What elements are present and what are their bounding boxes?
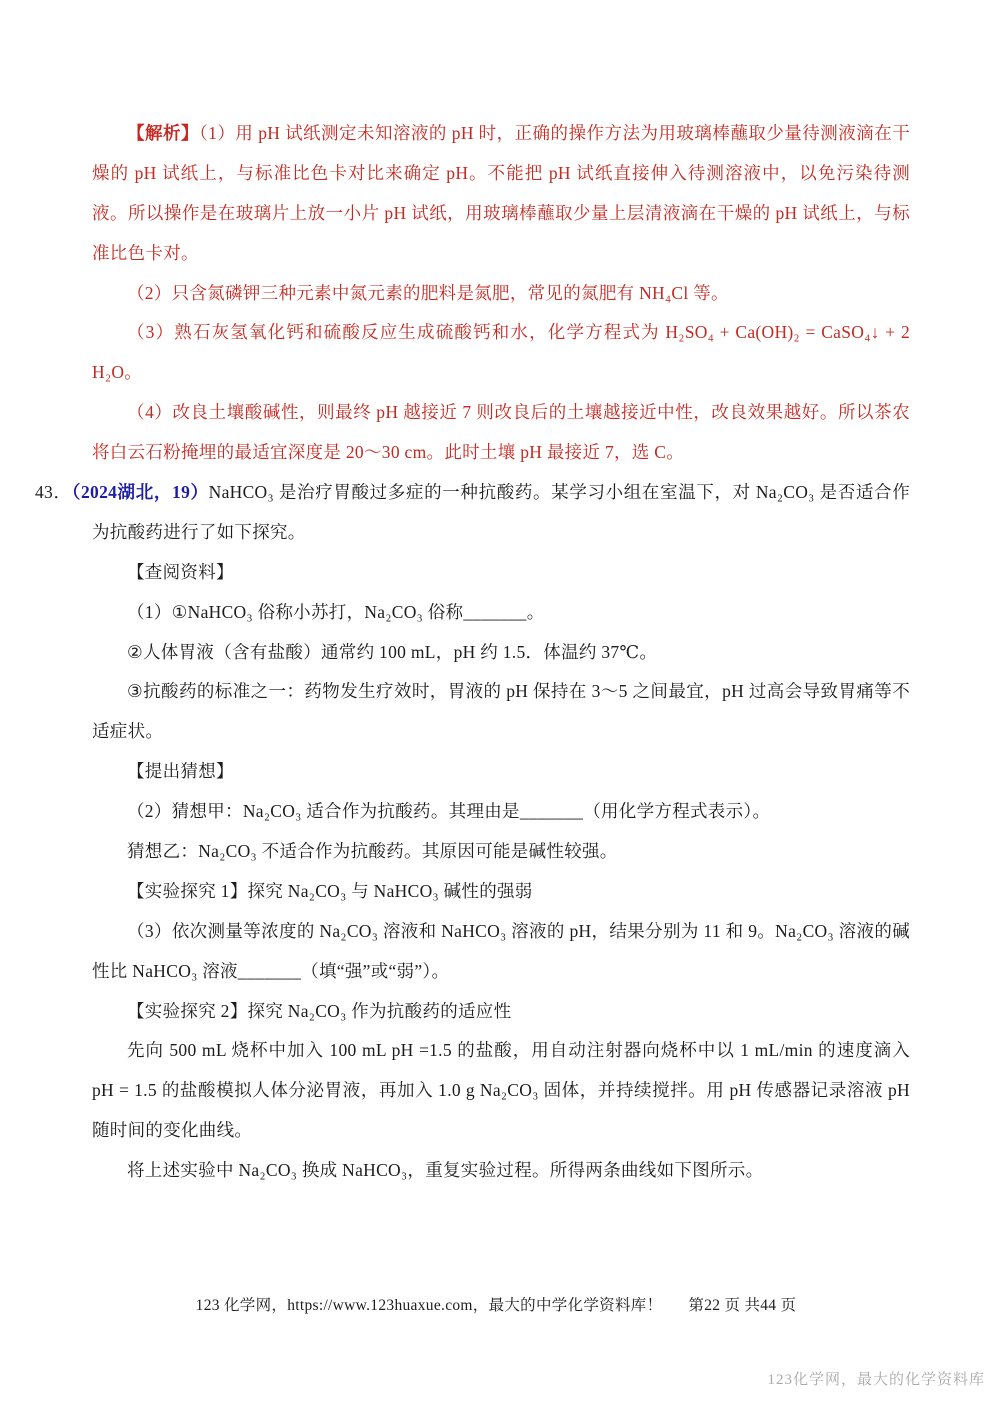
experiment-2-paragraph-1: 先向 500 mL 烧杯中加入 100 mL pH =1.5 的盐酸，用自动注射… — [92, 1031, 910, 1151]
analysis-paragraph-4: （4）改良土壤酸碱性，则最终 pH 越接近 7 则改良后的土壤越接近中性，改良效… — [92, 393, 910, 473]
analysis-label: 【解析】 — [127, 123, 199, 143]
experiment-1-question: （3）依次测量等浓度的 Na₂CO₃ 溶液和 NaHCO₃ 溶液的 pH，结果分… — [92, 912, 910, 992]
guess-jia-paragraph: （2）猜想甲：Na₂CO₃ 适合作为抗酸药。其理由是_______（用化学方程式… — [92, 792, 910, 832]
question-intro: NaHCO₃ 是治疗胃酸过多症的一种抗酸药。某学习小组在室温下，对 Na₂CO₃… — [92, 482, 910, 542]
analysis-paragraph-2: （2）只含氮磷钾三种元素中氮元素的肥料是氮肥，常见的氮肥有 NH₄Cl 等。 — [92, 274, 910, 314]
section-reference-heading: 【查阅资料】 — [92, 553, 910, 593]
question-number: 43． — [35, 482, 72, 502]
reference-item-1: （1）①NaHCO₃ 俗称小苏打，Na₂CO₃ 俗称_______。 — [92, 593, 910, 633]
reference-item-3: ③抗酸药的标准之一：药物发生疗效时，胃液的 pH 保持在 3～5 之间最宜，pH… — [92, 672, 910, 752]
analysis-paragraph-1-text: （1）用 pH 试纸测定未知溶液的 pH 时，正确的操作方法为用玻璃棒蘸取少量待… — [92, 123, 910, 263]
document-body: 【解析】（1）用 pH 试纸测定未知溶液的 pH 时，正确的操作方法为用玻璃棒蘸… — [92, 114, 910, 1191]
analysis-paragraph-3: （3）熟石灰氢氧化钙和硫酸反应生成硫酸钙和水，化学方程式为 H₂SO₄ + Ca… — [92, 313, 910, 393]
experiment-2-title: 【实验探究 2】探究 Na₂CO₃ 作为抗酸药的适应性 — [92, 992, 910, 1032]
footer-site-line: 123 化学网，https://www.123huaxue.com，最大的中学化… — [196, 1297, 663, 1314]
guess-yi-paragraph: 猜想乙：Na₂CO₃ 不适合作为抗酸药。其原因可能是碱性较强。 — [92, 832, 910, 872]
reference-item-2: ②人体胃液（含有盐酸）通常约 100 mL，pH 约 1.5．体温约 37℃。 — [92, 633, 910, 673]
watermark-text: 123化学网，最大的化学资料库 — [767, 1368, 985, 1389]
question-source: （2024湖北，19） — [72, 482, 209, 502]
experiment-1-title: 【实验探究 1】探究 Na₂CO₃ 与 NaHCO₃ 碱性的强弱 — [92, 872, 910, 912]
footer-page-info: 第22 页 共44 页 — [688, 1297, 796, 1314]
section-guess-heading: 【提出猜想】 — [92, 752, 910, 792]
document-page: 【解析】（1）用 pH 试纸测定未知溶液的 pH 时，正确的操作方法为用玻璃棒蘸… — [0, 0, 992, 1403]
experiment-2-paragraph-2: 将上述实验中 Na₂CO₃ 换成 NaHCO₃，重复实验过程。所得两条曲线如下图… — [92, 1151, 910, 1191]
analysis-paragraph-1: 【解析】（1）用 pH 试纸测定未知溶液的 pH 时，正确的操作方法为用玻璃棒蘸… — [92, 114, 910, 274]
page-footer: 123 化学网，https://www.123huaxue.com，最大的中学化… — [0, 1293, 992, 1315]
question-43: 43．（2024湖北，19）NaHCO₃ 是治疗胃酸过多症的一种抗酸药。某学习小… — [92, 473, 910, 553]
